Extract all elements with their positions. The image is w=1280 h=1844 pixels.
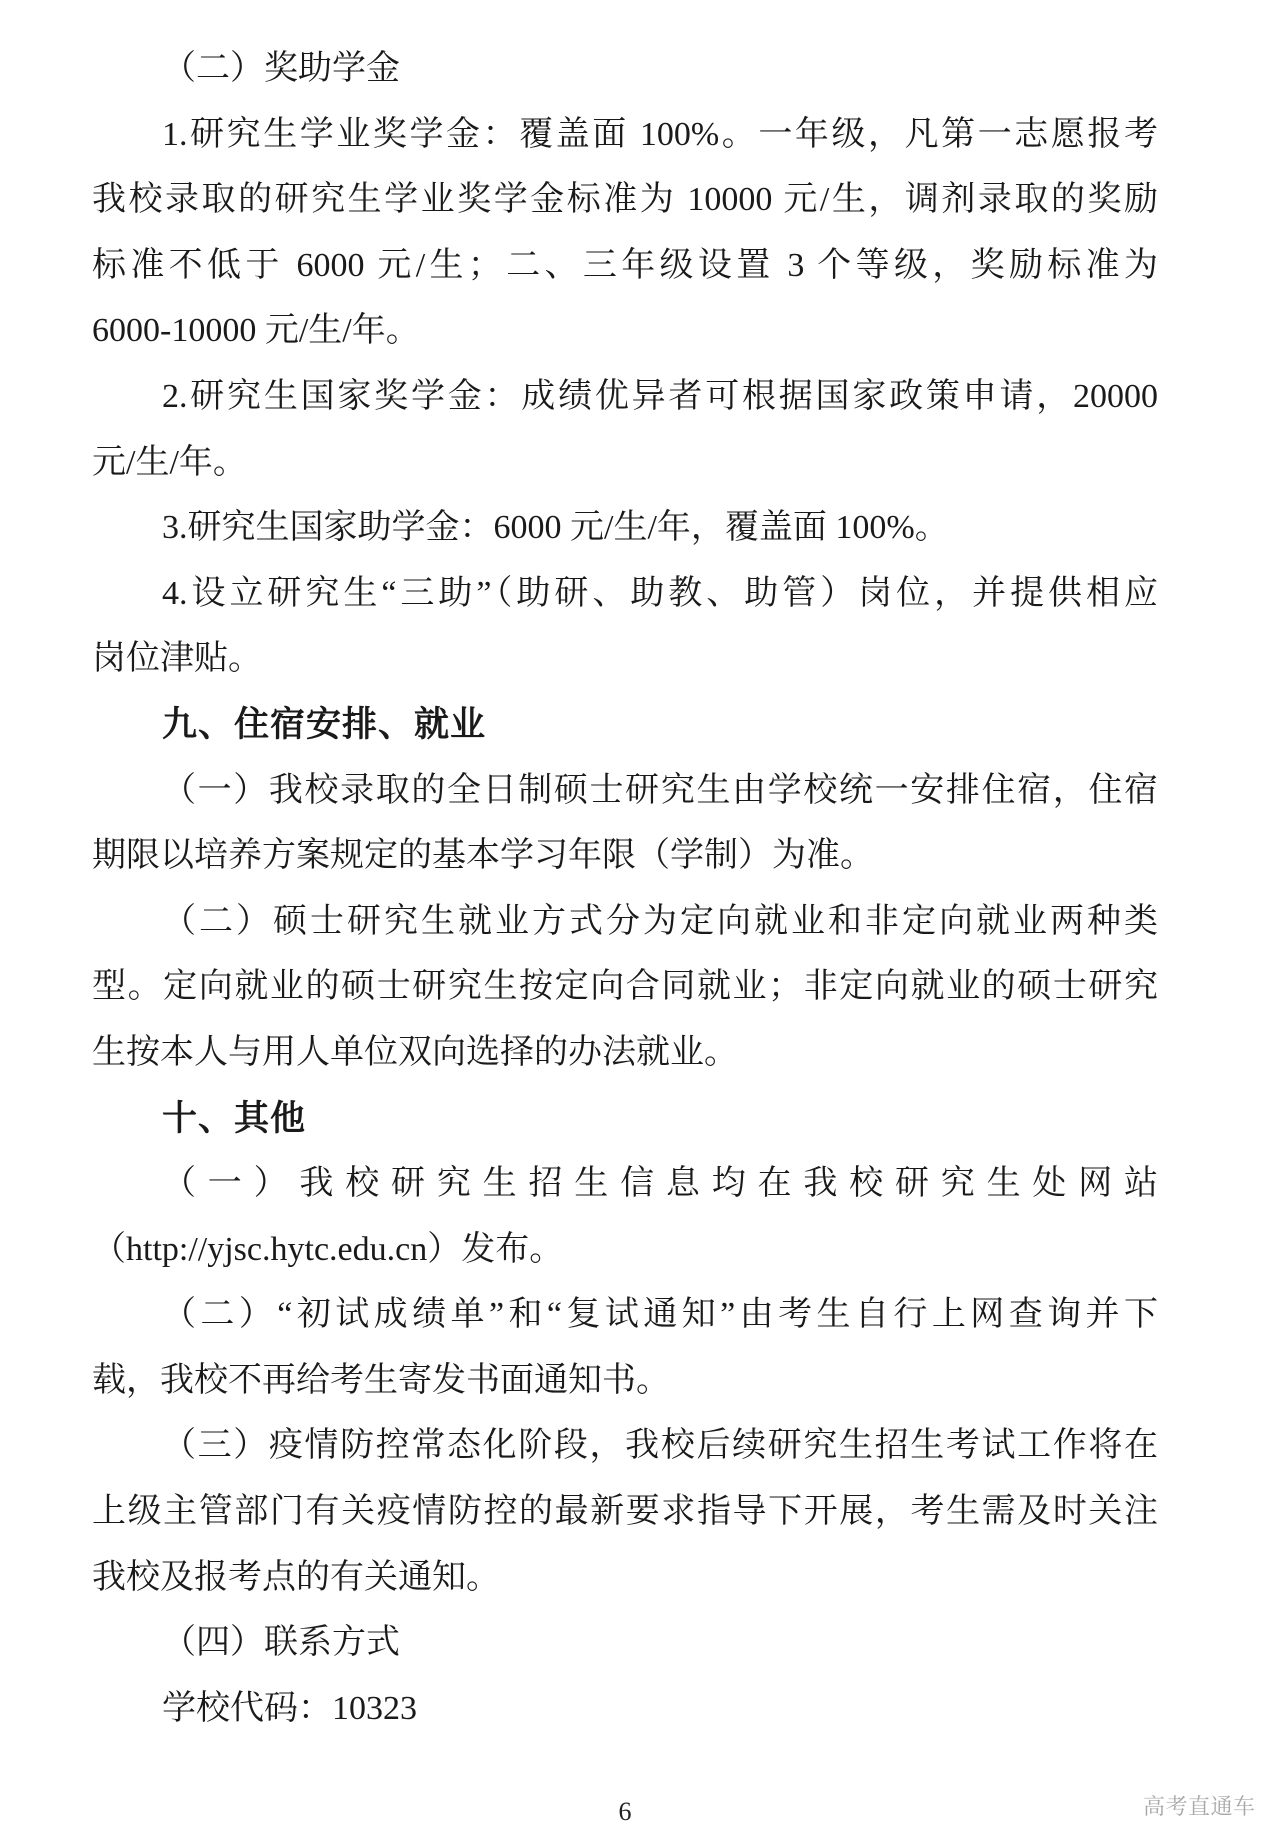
text-line: （一）我校录取的全日制硕士研究生由学校统一安排住宿，住宿 (92, 758, 1158, 824)
text-line: （http://yjsc.hytc.edu.cn）发布。 (92, 1217, 1158, 1283)
text-line: 我校录取的研究生学业奖学金标准为 10000 元/生，调剂录取的奖励 (92, 167, 1158, 233)
text-line: 我校及报考点的有关通知。 (92, 1545, 1158, 1611)
text-line: 载，我校不再给考生寄发书面通知书。 (92, 1348, 1158, 1414)
document-body: （二）奖助学金1.研究生学业奖学金：覆盖面 100%。一年级，凡第一志愿报考我校… (92, 36, 1158, 1741)
text-line: （二）硕士研究生就业方式分为定向就业和非定向就业两种类 (92, 889, 1158, 955)
watermark: 高考直通车 (1143, 1790, 1256, 1821)
text-line: 上级主管部门有关疫情防控的最新要求指导下开展，考生需及时关注 (92, 1479, 1158, 1545)
text-line: 3.研究生国家助学金：6000 元/生/年，覆盖面 100%。 (92, 495, 1158, 561)
text-line: 生按本人与用人单位双向选择的办法就业。 (92, 1020, 1158, 1086)
text-line: 4.设立研究生“三助”（助研、助教、助管）岗位，并提供相应 (92, 561, 1158, 627)
text-line: （一）我校研究生招生信息均在我校研究生处网站 (92, 1151, 1158, 1217)
text-line: 1.研究生学业奖学金：覆盖面 100%。一年级，凡第一志愿报考 (92, 102, 1158, 168)
page-number: 6 (92, 1797, 1158, 1827)
text-line: （二）奖助学金 (92, 36, 1158, 102)
text-line: 型。定向就业的硕士研究生按定向合同就业；非定向就业的硕士研究 (92, 954, 1158, 1020)
text-line: 元/生/年。 (92, 430, 1158, 496)
text-line: （三）疫情防控常态化阶段，我校后续研究生招生考试工作将在 (92, 1413, 1158, 1479)
text-line: 期限以培养方案规定的基本学习年限（学制）为准。 (92, 823, 1158, 889)
text-line: 标准不低于 6000 元/生；二、三年级设置 3 个等级，奖励标准为 (92, 233, 1158, 299)
text-line: 2.研究生国家奖学金：成绩优异者可根据国家政策申请，20000 (92, 364, 1158, 430)
text-line: 岗位津贴。 (92, 626, 1158, 692)
text-line: （四）联系方式 (92, 1610, 1158, 1676)
text-line: 九、住宿安排、就业 (92, 692, 1158, 758)
text-line: 十、其他 (92, 1086, 1158, 1152)
text-line: （二）“初试成绩单”和“复试通知”由考生自行上网查询并下 (92, 1282, 1158, 1348)
text-line: 6000-10000 元/生/年。 (92, 298, 1158, 364)
text-line: 学校代码：10323 (92, 1676, 1158, 1742)
